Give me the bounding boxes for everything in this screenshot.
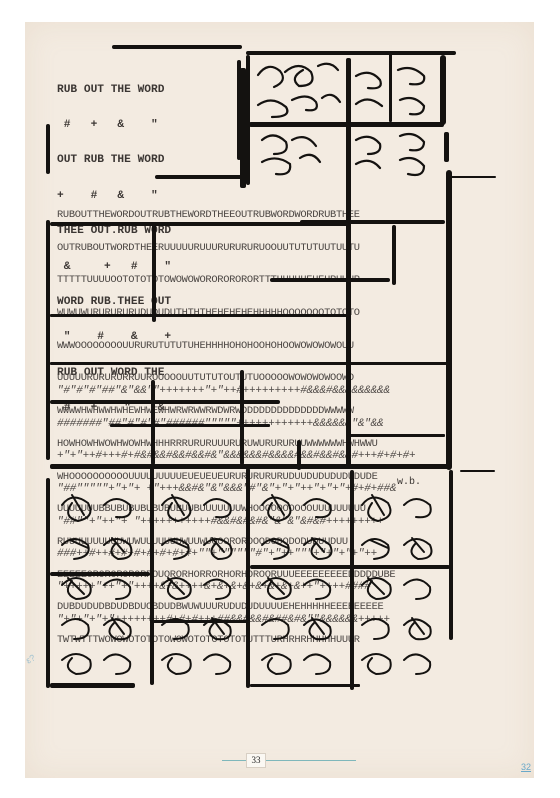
ink-grid	[0, 0, 560, 798]
signature: w.b.	[397, 477, 421, 488]
pencil-note-bottom-right: 32	[521, 762, 531, 772]
page-rule-left	[222, 760, 246, 761]
page-number: 33	[246, 753, 266, 768]
page-rule-right	[266, 760, 356, 761]
